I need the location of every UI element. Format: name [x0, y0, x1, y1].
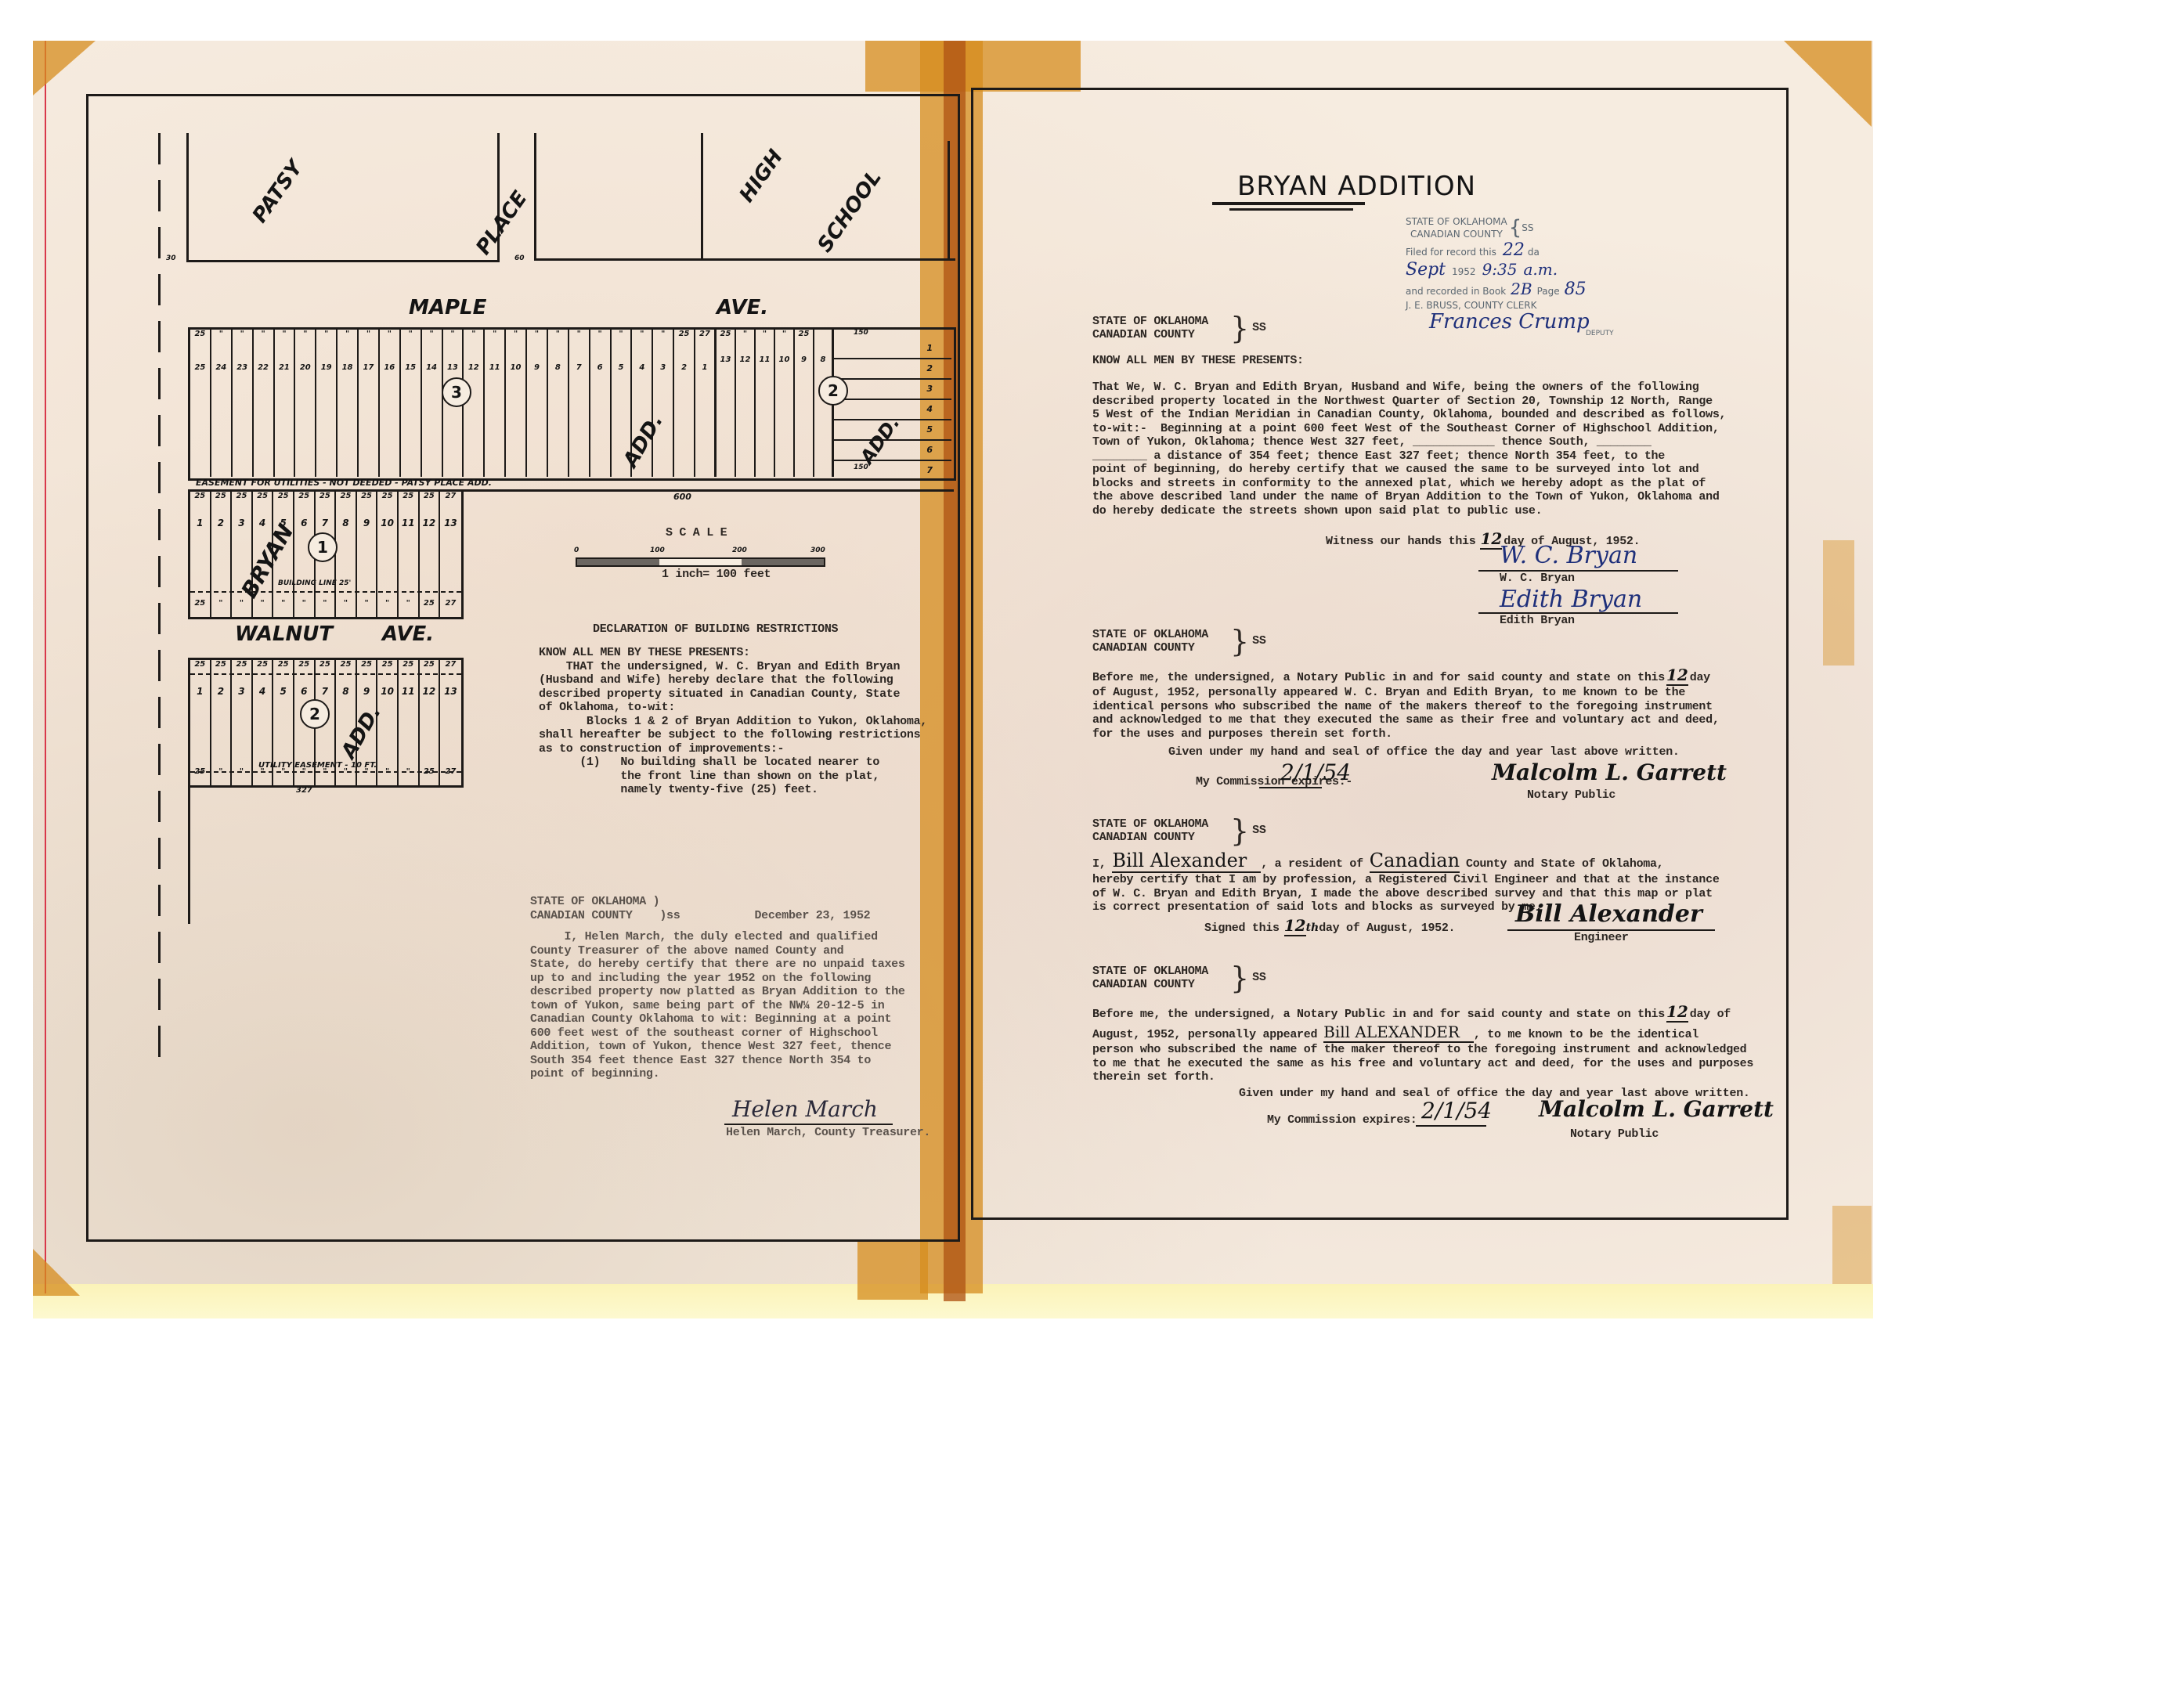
treasurer-caption: Helen March, County Treasurer.: [726, 1126, 930, 1140]
patsy-south-line: [186, 260, 500, 262]
lot: "8: [548, 330, 569, 477]
scale-tick-0: 0: [574, 546, 579, 554]
engineer-signed-day: 12: [1284, 916, 1306, 936]
filed-day: 22: [1503, 240, 1525, 260]
lot: 254": [253, 660, 274, 785]
record-page: 85: [1565, 280, 1587, 299]
lot: "14: [422, 330, 443, 477]
tape-right-edge-lower: [1832, 1206, 1872, 1284]
lot: "20: [295, 330, 316, 477]
notary1-commission-date: 2/1/54: [1280, 759, 1351, 785]
block-3-number: 3: [442, 377, 471, 407]
record-book: 2B: [1511, 280, 1532, 298]
lot: "6: [590, 330, 612, 477]
street-label-walnut: WALNUT: [235, 622, 333, 646]
engineer-signature: Bill Alexander: [1515, 900, 1702, 928]
highschool-west-line: [534, 133, 536, 260]
block-2-east-lots: 1 2 3 4 5 6 7: [834, 339, 951, 474]
document-title: BRYAN ADDITION: [1237, 171, 1476, 202]
filed-month: Sept: [1406, 260, 1446, 280]
signature-wc-bryan: W. C. Bryan: [1500, 542, 1637, 569]
dim-600: 600: [673, 492, 691, 502]
lot: "10: [775, 330, 795, 477]
lot: "12: [464, 330, 485, 477]
scale-tick-100: 100: [650, 546, 665, 554]
scale-caption: 1 inch= 100 feet: [662, 568, 771, 582]
recording-stamp: STATE OF OKLAHOMA CANADIAN COUNTY { SS F…: [1406, 215, 1742, 325]
lot: "21: [275, 330, 296, 477]
treasurer-signature: Helen March: [732, 1096, 878, 1122]
notary1-given: Given under my hand and seal of office t…: [1168, 745, 1680, 759]
lot: 251225: [420, 660, 441, 785]
notary1-commission-line: [1259, 787, 1322, 788]
notary2-day: 12: [1666, 1002, 1688, 1023]
engineer-county: Canadian: [1370, 849, 1460, 873]
lot: "12: [736, 330, 756, 477]
engineer-name: Bill Alexander: [1112, 849, 1261, 873]
lot: "24: [211, 330, 233, 477]
lot: "11: [485, 330, 506, 477]
filed-time: 9:35: [1482, 260, 1518, 279]
treasurer-signature-line: [724, 1124, 893, 1125]
notary2-commission-label: My Commission expires:: [1267, 1113, 1417, 1127]
lot: "16: [380, 330, 401, 477]
lot: 253": [232, 660, 253, 785]
highschool-divider: [701, 133, 703, 260]
scale-tick-200: 200: [732, 546, 747, 554]
signature-edith-bryan-caption: Edith Bryan: [1500, 614, 1575, 628]
lot: 252": [211, 660, 233, 785]
tape-right-edge: [1823, 540, 1854, 666]
lot: 25125: [190, 492, 211, 617]
street-label-maple: MAPLE: [409, 296, 486, 319]
lot: "17: [359, 330, 380, 477]
dim-60: 60: [514, 254, 525, 262]
tape-bottom-center: [857, 1241, 928, 1300]
lot: 2510": [377, 660, 399, 785]
lot: 251225: [420, 492, 441, 617]
street-label-maple-ave: AVE.: [717, 296, 768, 319]
notary1-caption: Notary Public: [1527, 788, 1615, 803]
highschool-south-line: [534, 258, 955, 261]
treasurer-date: December 23, 1952: [754, 909, 870, 923]
engineer-caption: Engineer: [1574, 931, 1629, 945]
lot: "18: [338, 330, 359, 477]
scale-heading: S C A L E: [666, 526, 727, 540]
lot: 2525: [190, 330, 211, 477]
lot: 255": [273, 660, 294, 785]
scale-bar: [576, 557, 825, 567]
title-underline-1b: [1212, 202, 1365, 205]
engineer-signed-line: Signed this 12 th day of August, 1952.: [1204, 916, 1455, 936]
notary2-commission-line: [1416, 1125, 1486, 1127]
scale-tick-300: 300: [810, 546, 825, 554]
title-underline-2: [1229, 208, 1353, 211]
lot: "10: [506, 330, 527, 477]
dim-150-north: 150: [854, 329, 868, 337]
lot: "22: [254, 330, 275, 477]
notary1-body: Before me, the undersigned, a Notary Pub…: [1092, 666, 1720, 741]
lot: 252: [674, 330, 695, 477]
highschool-east-line: [948, 141, 950, 260]
signature-wc-bryan-caption: W. C. Bryan: [1500, 572, 1575, 586]
notary1-signature: Malcolm L. Garrett: [1492, 759, 1727, 785]
red-margin-line: [45, 41, 46, 1293]
lot: "9: [527, 330, 548, 477]
block-2-south-number: 2: [300, 699, 330, 729]
treasurer-certificate: STATE OF OKLAHOMA ) CANADIAN COUNTY )ss …: [530, 895, 905, 1081]
declaration-heading: DECLARATION OF BUILDING RESTRICTIONS: [593, 622, 838, 637]
engineer-venue: STATE OF OKLAHOMA CANADIAN COUNTY } SS: [1092, 816, 1266, 846]
lot: 2511": [399, 492, 420, 617]
dim-327: 327: [296, 786, 312, 795]
lot: 252": [211, 492, 233, 617]
dedication-body: That We, W. C. Bryan and Edith Bryan, Hu…: [1092, 381, 1726, 518]
dedication-venue: STATE OF OKLAHOMA CANADIAN COUNTY } SS: [1092, 313, 1266, 343]
lot: 25125: [190, 660, 211, 785]
lot: 258": [336, 492, 357, 617]
notary1-venue: STATE OF OKLAHOMA CANADIAN COUNTY } SS: [1092, 626, 1266, 656]
lot: 271327: [440, 660, 461, 785]
dim-30: 30: [166, 254, 176, 262]
signature-edith-bryan: Edith Bryan: [1500, 586, 1642, 613]
notary2-commission-date: 2/1/54: [1421, 1098, 1492, 1124]
block-2-north-number: 2: [818, 376, 848, 406]
lot: "11: [756, 330, 775, 477]
notary2-body: Before me, the undersigned, a Notary Pub…: [1092, 1002, 1753, 1084]
lot: 271: [695, 330, 717, 477]
lot: "23: [233, 330, 254, 477]
block-2-north-lots: 2513 "12 "11 "10 259 8: [717, 330, 834, 477]
dedication-heading: KNOW ALL MEN BY THESE PRESENTS:: [1092, 354, 1304, 368]
notary2-caption: Notary Public: [1570, 1127, 1659, 1142]
lot: 253": [232, 492, 253, 617]
lot: "3: [653, 330, 674, 477]
notary2-signature: Malcolm L. Garrett: [1539, 1096, 1774, 1122]
lot: "19: [316, 330, 338, 477]
lot: "7: [569, 330, 590, 477]
west-boundary-dashed: [158, 133, 161, 1057]
street-label-walnut-ave: AVE.: [382, 622, 434, 646]
lot: 2510": [377, 492, 399, 617]
lot: 259": [357, 492, 378, 617]
lot: 259: [795, 330, 814, 477]
patsy-west-line: [186, 133, 189, 262]
easement-text: EASEMENT FOR UTILITIES - NOT DEEDED - PA…: [196, 478, 492, 488]
notary1-day: 12: [1666, 666, 1688, 686]
block-1-number: 1: [308, 532, 338, 562]
south-boundary: [188, 783, 190, 924]
lot: "15: [401, 330, 422, 477]
lot: 2511": [399, 660, 420, 785]
lot: 271327: [440, 492, 461, 617]
notary2-venue: STATE OF OKLAHOMA CANADIAN COUNTY } SS: [1092, 963, 1266, 993]
lot: 2513: [717, 330, 736, 477]
notary2-appeared-name: Bill ALEXANDER: [1323, 1023, 1474, 1043]
declaration-body: KNOW ALL MEN BY THESE PRESENTS: THAT the…: [539, 646, 927, 797]
